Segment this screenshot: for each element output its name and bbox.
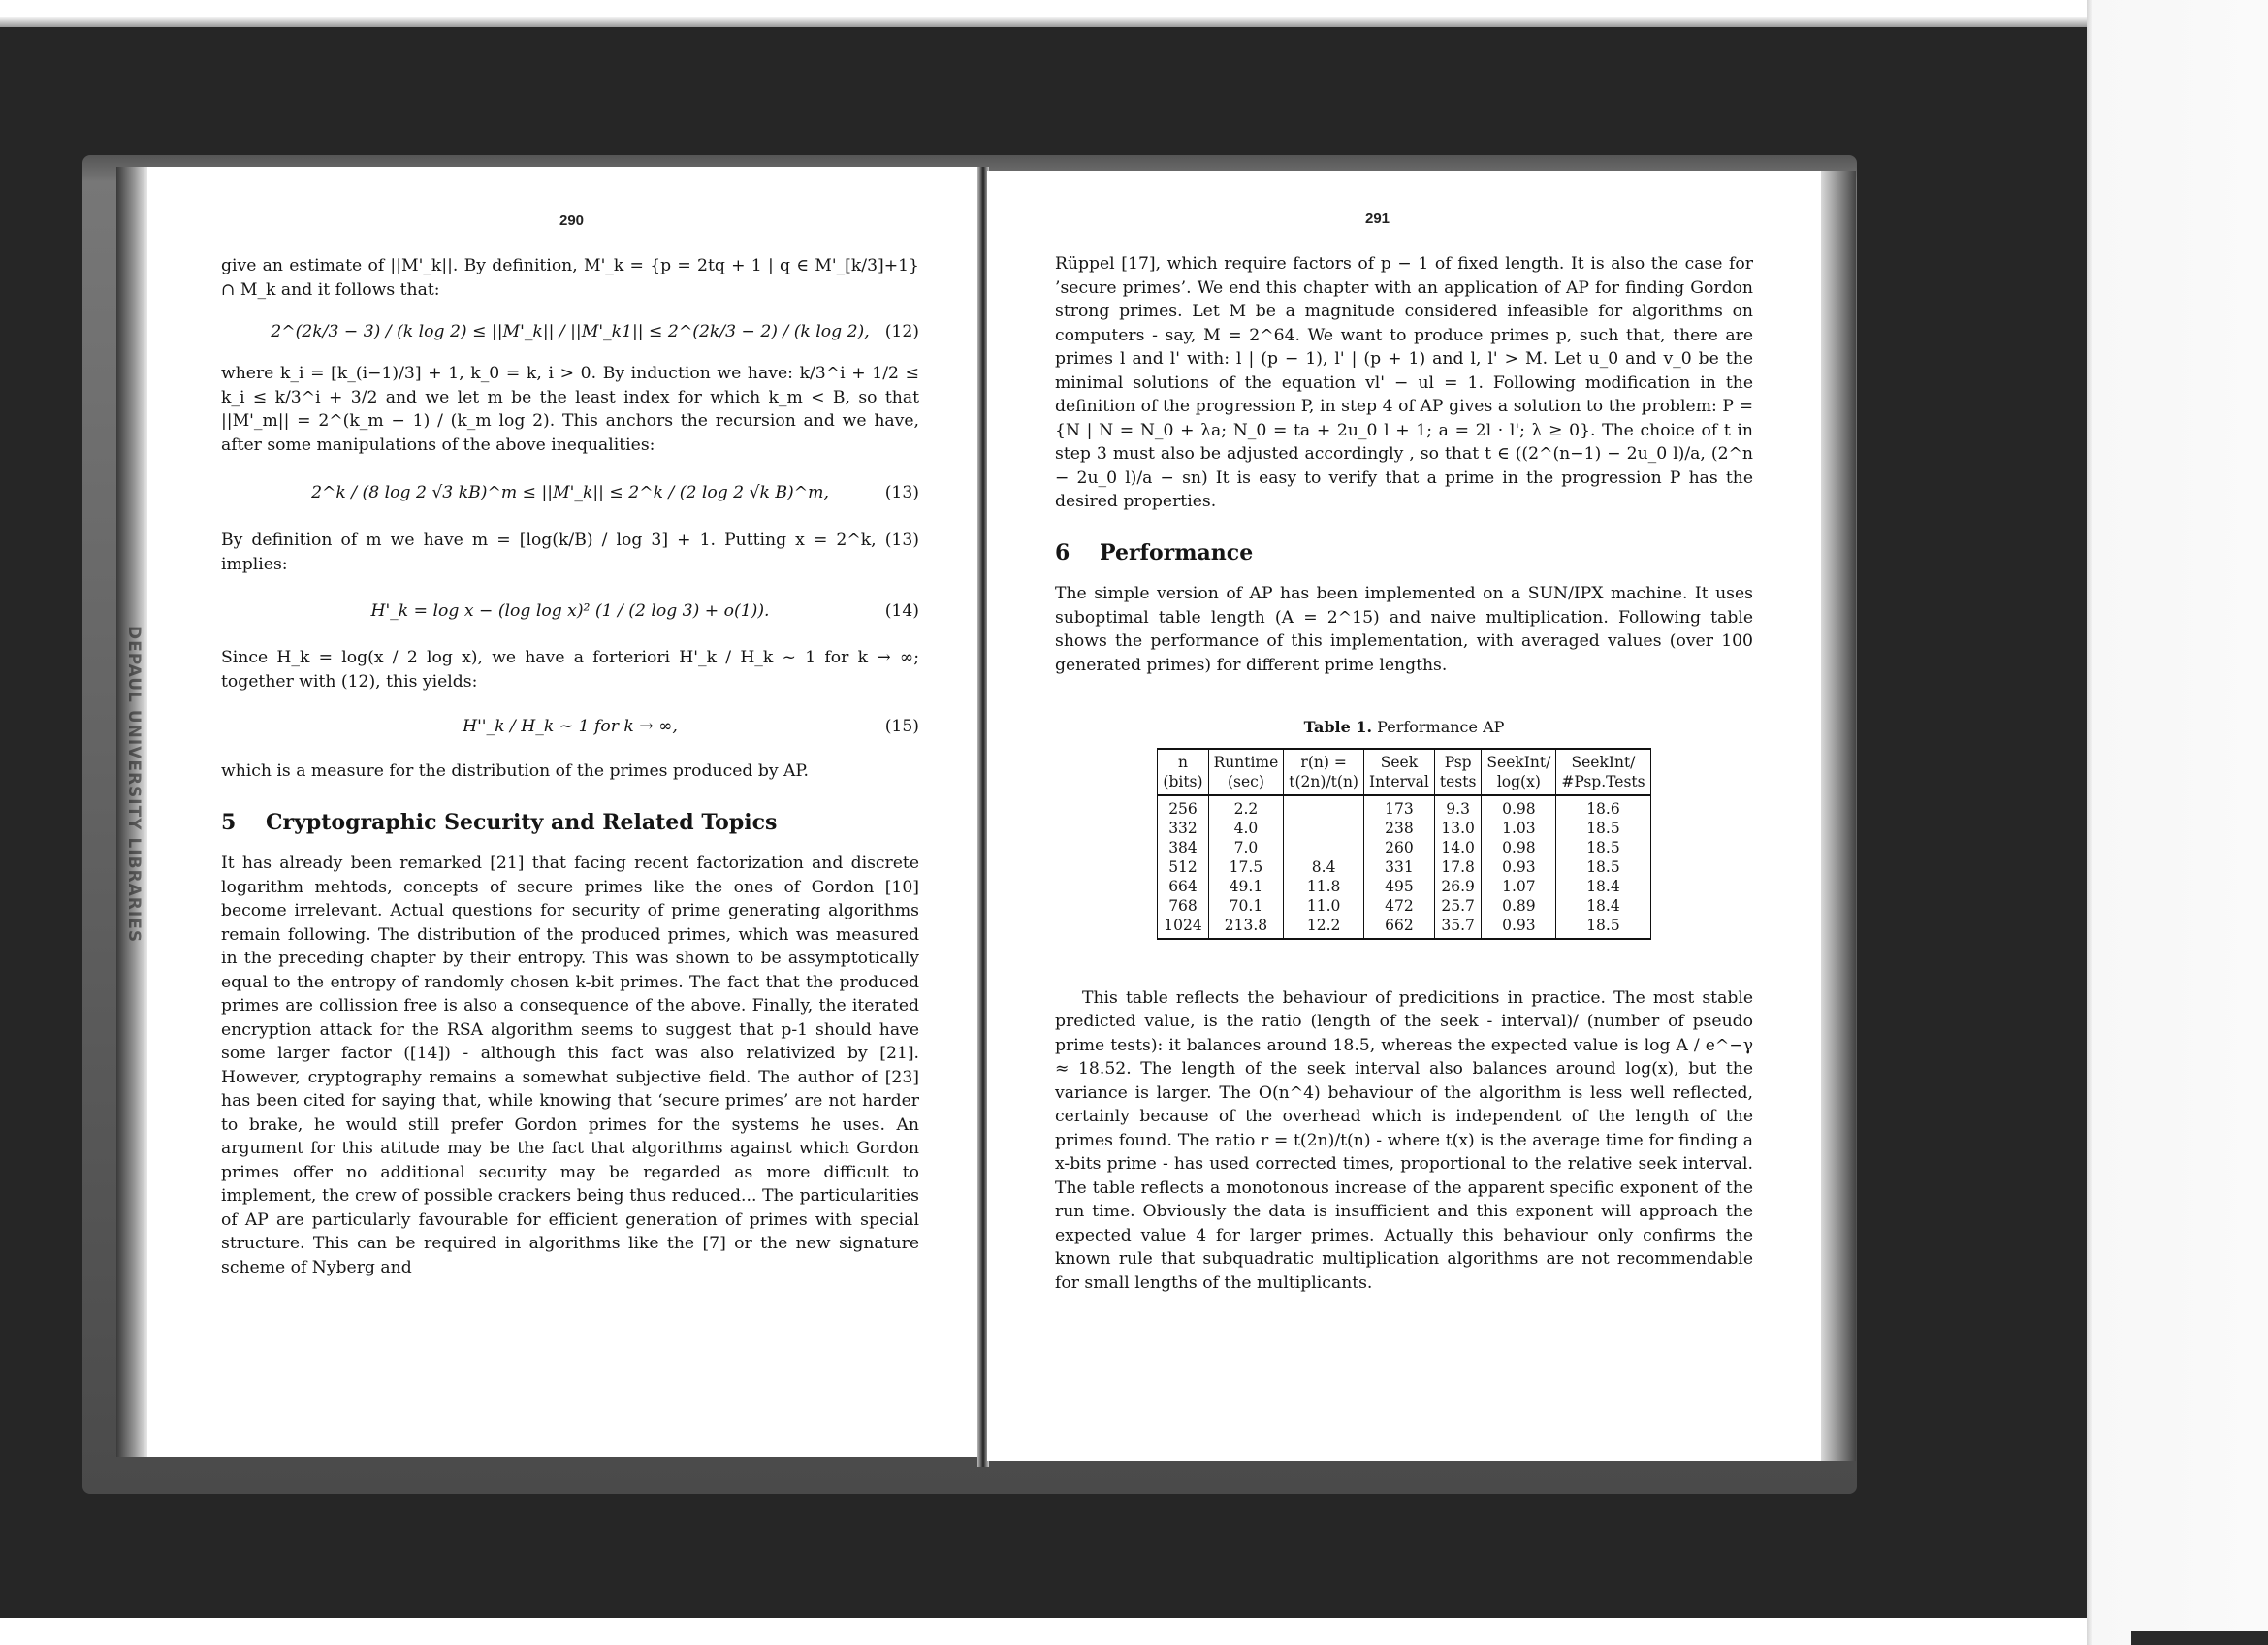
section-body: The simple version of AP has been implem…: [1055, 582, 1753, 677]
equation-text: 2^(2k/3 − 3) / (k log 2) ≤ ||M'_k|| / ||…: [271, 320, 869, 344]
table-cell: 472: [1363, 896, 1434, 916]
equation-number: (13): [885, 481, 919, 505]
table-cell: 0.93: [1482, 857, 1556, 877]
paragraph: where k_i = [k_(i−1)/3] + 1, k_0 = k, i …: [221, 362, 919, 457]
table-cell: 4.0: [1208, 819, 1284, 838]
paragraph: This table reflects the behaviour of pre…: [1055, 986, 1753, 1296]
table-row: 76870.111.047225.70.8918.4: [1158, 896, 1650, 916]
table-cell: 18.5: [1556, 838, 1650, 857]
scan-margin-strip: [2087, 0, 2268, 1645]
table-cell: [1284, 819, 1364, 838]
paragraph: which is a measure for the distribution …: [221, 759, 919, 784]
header-cell: #Psp.Tests: [1556, 772, 1650, 795]
equation-15: H''_k / H_k ~ 1 for k → ∞, (15): [221, 701, 919, 752]
paragraph: give an estimate of ||M'_k||. By definit…: [221, 254, 919, 302]
table-header-row: (bits) (sec) t(2n)/t(n) Interval tests l…: [1158, 772, 1650, 795]
table-cell: 256: [1158, 795, 1208, 819]
library-stamp: DEPAUL UNIVERSITY LIBRARIES: [122, 626, 144, 936]
header-cell: log(x): [1482, 772, 1556, 795]
table-cell: 0.98: [1482, 795, 1556, 819]
table-row: 3847.026014.00.9818.5: [1158, 838, 1650, 857]
section-title: Cryptographic Security and Related Topic…: [266, 810, 777, 835]
table-cell: 18.4: [1556, 896, 1650, 916]
left-page-body: give an estimate of ||M'_k||. By definit…: [221, 254, 919, 1279]
table-cell: 18.5: [1556, 857, 1650, 877]
header-cell: SeekInt/: [1482, 749, 1556, 772]
header-cell: (sec): [1208, 772, 1284, 795]
header-cell: Psp: [1434, 749, 1482, 772]
table-cell: 1.07: [1482, 877, 1556, 896]
table-cell: 49.1: [1208, 877, 1284, 896]
section-heading-6: 6Performance: [1055, 541, 1753, 565]
table-cell: 17.8: [1434, 857, 1482, 877]
table-cell: 9.3: [1434, 795, 1482, 819]
equation-14: H'_k = log x − (log log x)² (1 / (2 log …: [221, 584, 919, 638]
table-row: 2562.21739.30.9818.6: [1158, 795, 1650, 819]
page-number-right: 291: [1365, 210, 1390, 227]
equation-13: 2^k / (8 log 2 √3 kB)^m ≤ ||M'_k|| ≤ 2^k…: [221, 465, 919, 521]
equation-text: H''_k / H_k ~ 1 for k → ∞,: [463, 715, 678, 739]
page-number-left: 290: [559, 212, 584, 229]
table-header-row: n Runtime r(n) = Seek Psp SeekInt/ SeekI…: [1158, 749, 1650, 772]
header-cell: t(2n)/t(n): [1284, 772, 1364, 795]
table-row: 3324.023813.01.0318.5: [1158, 819, 1650, 838]
header-cell: Runtime: [1208, 749, 1284, 772]
table-cell: 768: [1158, 896, 1208, 916]
header-cell: tests: [1434, 772, 1482, 795]
table-cell: 7.0: [1208, 838, 1284, 857]
table-cell: 384: [1158, 838, 1208, 857]
table-cell: 11.8: [1284, 877, 1364, 896]
scan-margin-corner: [2131, 1631, 2268, 1645]
table-cell: 1024: [1158, 916, 1208, 939]
header-cell: (bits): [1158, 772, 1208, 795]
table-cell: 35.7: [1434, 916, 1482, 939]
table-cell: 13.0: [1434, 819, 1482, 838]
table-cell: 17.5: [1208, 857, 1284, 877]
table-caption: Table 1. Performance AP: [1055, 716, 1753, 740]
table-cell: 18.6: [1556, 795, 1650, 819]
table-cell: [1284, 838, 1364, 857]
table-cell: 18.5: [1556, 819, 1650, 838]
equation-text: 2^k / (8 log 2 √3 kB)^m ≤ ||M'_k|| ≤ 2^k…: [311, 481, 829, 505]
table-cell: 664: [1158, 877, 1208, 896]
table-cell: 260: [1363, 838, 1434, 857]
table-row: 1024213.812.266235.70.9318.5: [1158, 916, 1650, 939]
left-page: 290 give an estimate of ||M'_k||. By def…: [147, 167, 981, 1457]
right-page-curl: [1821, 171, 1856, 1461]
table-cell: 512: [1158, 857, 1208, 877]
table-cell: 18.5: [1556, 916, 1650, 939]
header-cell: SeekInt/: [1556, 749, 1650, 772]
table-cell: 332: [1158, 819, 1208, 838]
table-cell: [1284, 795, 1364, 819]
table-cell: 495: [1363, 877, 1434, 896]
section-heading-5: 5Cryptographic Security and Related Topi…: [221, 811, 919, 835]
table-cell: 18.4: [1556, 877, 1650, 896]
table-cell: 11.0: [1284, 896, 1364, 916]
table-cell: 173: [1363, 795, 1434, 819]
table-cell: 8.4: [1284, 857, 1364, 877]
header-cell: n: [1158, 749, 1208, 772]
header-cell: r(n) =: [1284, 749, 1364, 772]
header-cell: Interval: [1363, 772, 1434, 795]
table-body: 2562.21739.30.9818.63324.023813.01.0318.…: [1158, 795, 1650, 939]
paragraph: Since H_k = log(x / 2 log x), we have a …: [221, 646, 919, 693]
equation-number: (15): [885, 715, 919, 739]
section-title: Performance: [1100, 540, 1253, 565]
performance-table: n Runtime r(n) = Seek Psp SeekInt/ SeekI…: [1157, 748, 1650, 940]
table-row: 66449.111.849526.91.0718.4: [1158, 877, 1650, 896]
section-body: It has already been remarked [21] that f…: [221, 852, 919, 1279]
table-cell: 2.2: [1208, 795, 1284, 819]
table-cell: 0.93: [1482, 916, 1556, 939]
equation-text: H'_k = log x − (log log x)² (1 / (2 log …: [370, 599, 769, 624]
right-page: 291 Rüppel [17], which require factors o…: [987, 171, 1821, 1461]
table-cell: 70.1: [1208, 896, 1284, 916]
table-cell: 662: [1363, 916, 1434, 939]
table-cell: 331: [1363, 857, 1434, 877]
table-title: Performance AP: [1377, 718, 1504, 736]
table-label: Table 1.: [1304, 718, 1372, 736]
table-cell: 12.2: [1284, 916, 1364, 939]
table-cell: 1.03: [1482, 819, 1556, 838]
section-number: 6: [1055, 541, 1100, 565]
table-cell: 0.98: [1482, 838, 1556, 857]
right-page-body: Rüppel [17], which require factors of p …: [1055, 252, 1753, 1295]
table-row: 51217.58.433117.80.9318.5: [1158, 857, 1650, 877]
table-cell: 14.0: [1434, 838, 1482, 857]
table-cell: 213.8: [1208, 916, 1284, 939]
paragraph: By definition of m we have m = [log(k/B)…: [221, 529, 919, 576]
table-cell: 238: [1363, 819, 1434, 838]
header-cell: Seek: [1363, 749, 1434, 772]
paragraph: Rüppel [17], which require factors of p …: [1055, 252, 1753, 514]
table-cell: 25.7: [1434, 896, 1482, 916]
equation-12: 2^(2k/3 − 3) / (k log 2) ≤ ||M'_k|| / ||…: [221, 309, 919, 354]
equation-number: (12): [885, 320, 919, 344]
equation-number: (14): [885, 599, 919, 624]
table-cell: 26.9: [1434, 877, 1482, 896]
section-number: 5: [221, 811, 266, 835]
table-cell: 0.89: [1482, 896, 1556, 916]
